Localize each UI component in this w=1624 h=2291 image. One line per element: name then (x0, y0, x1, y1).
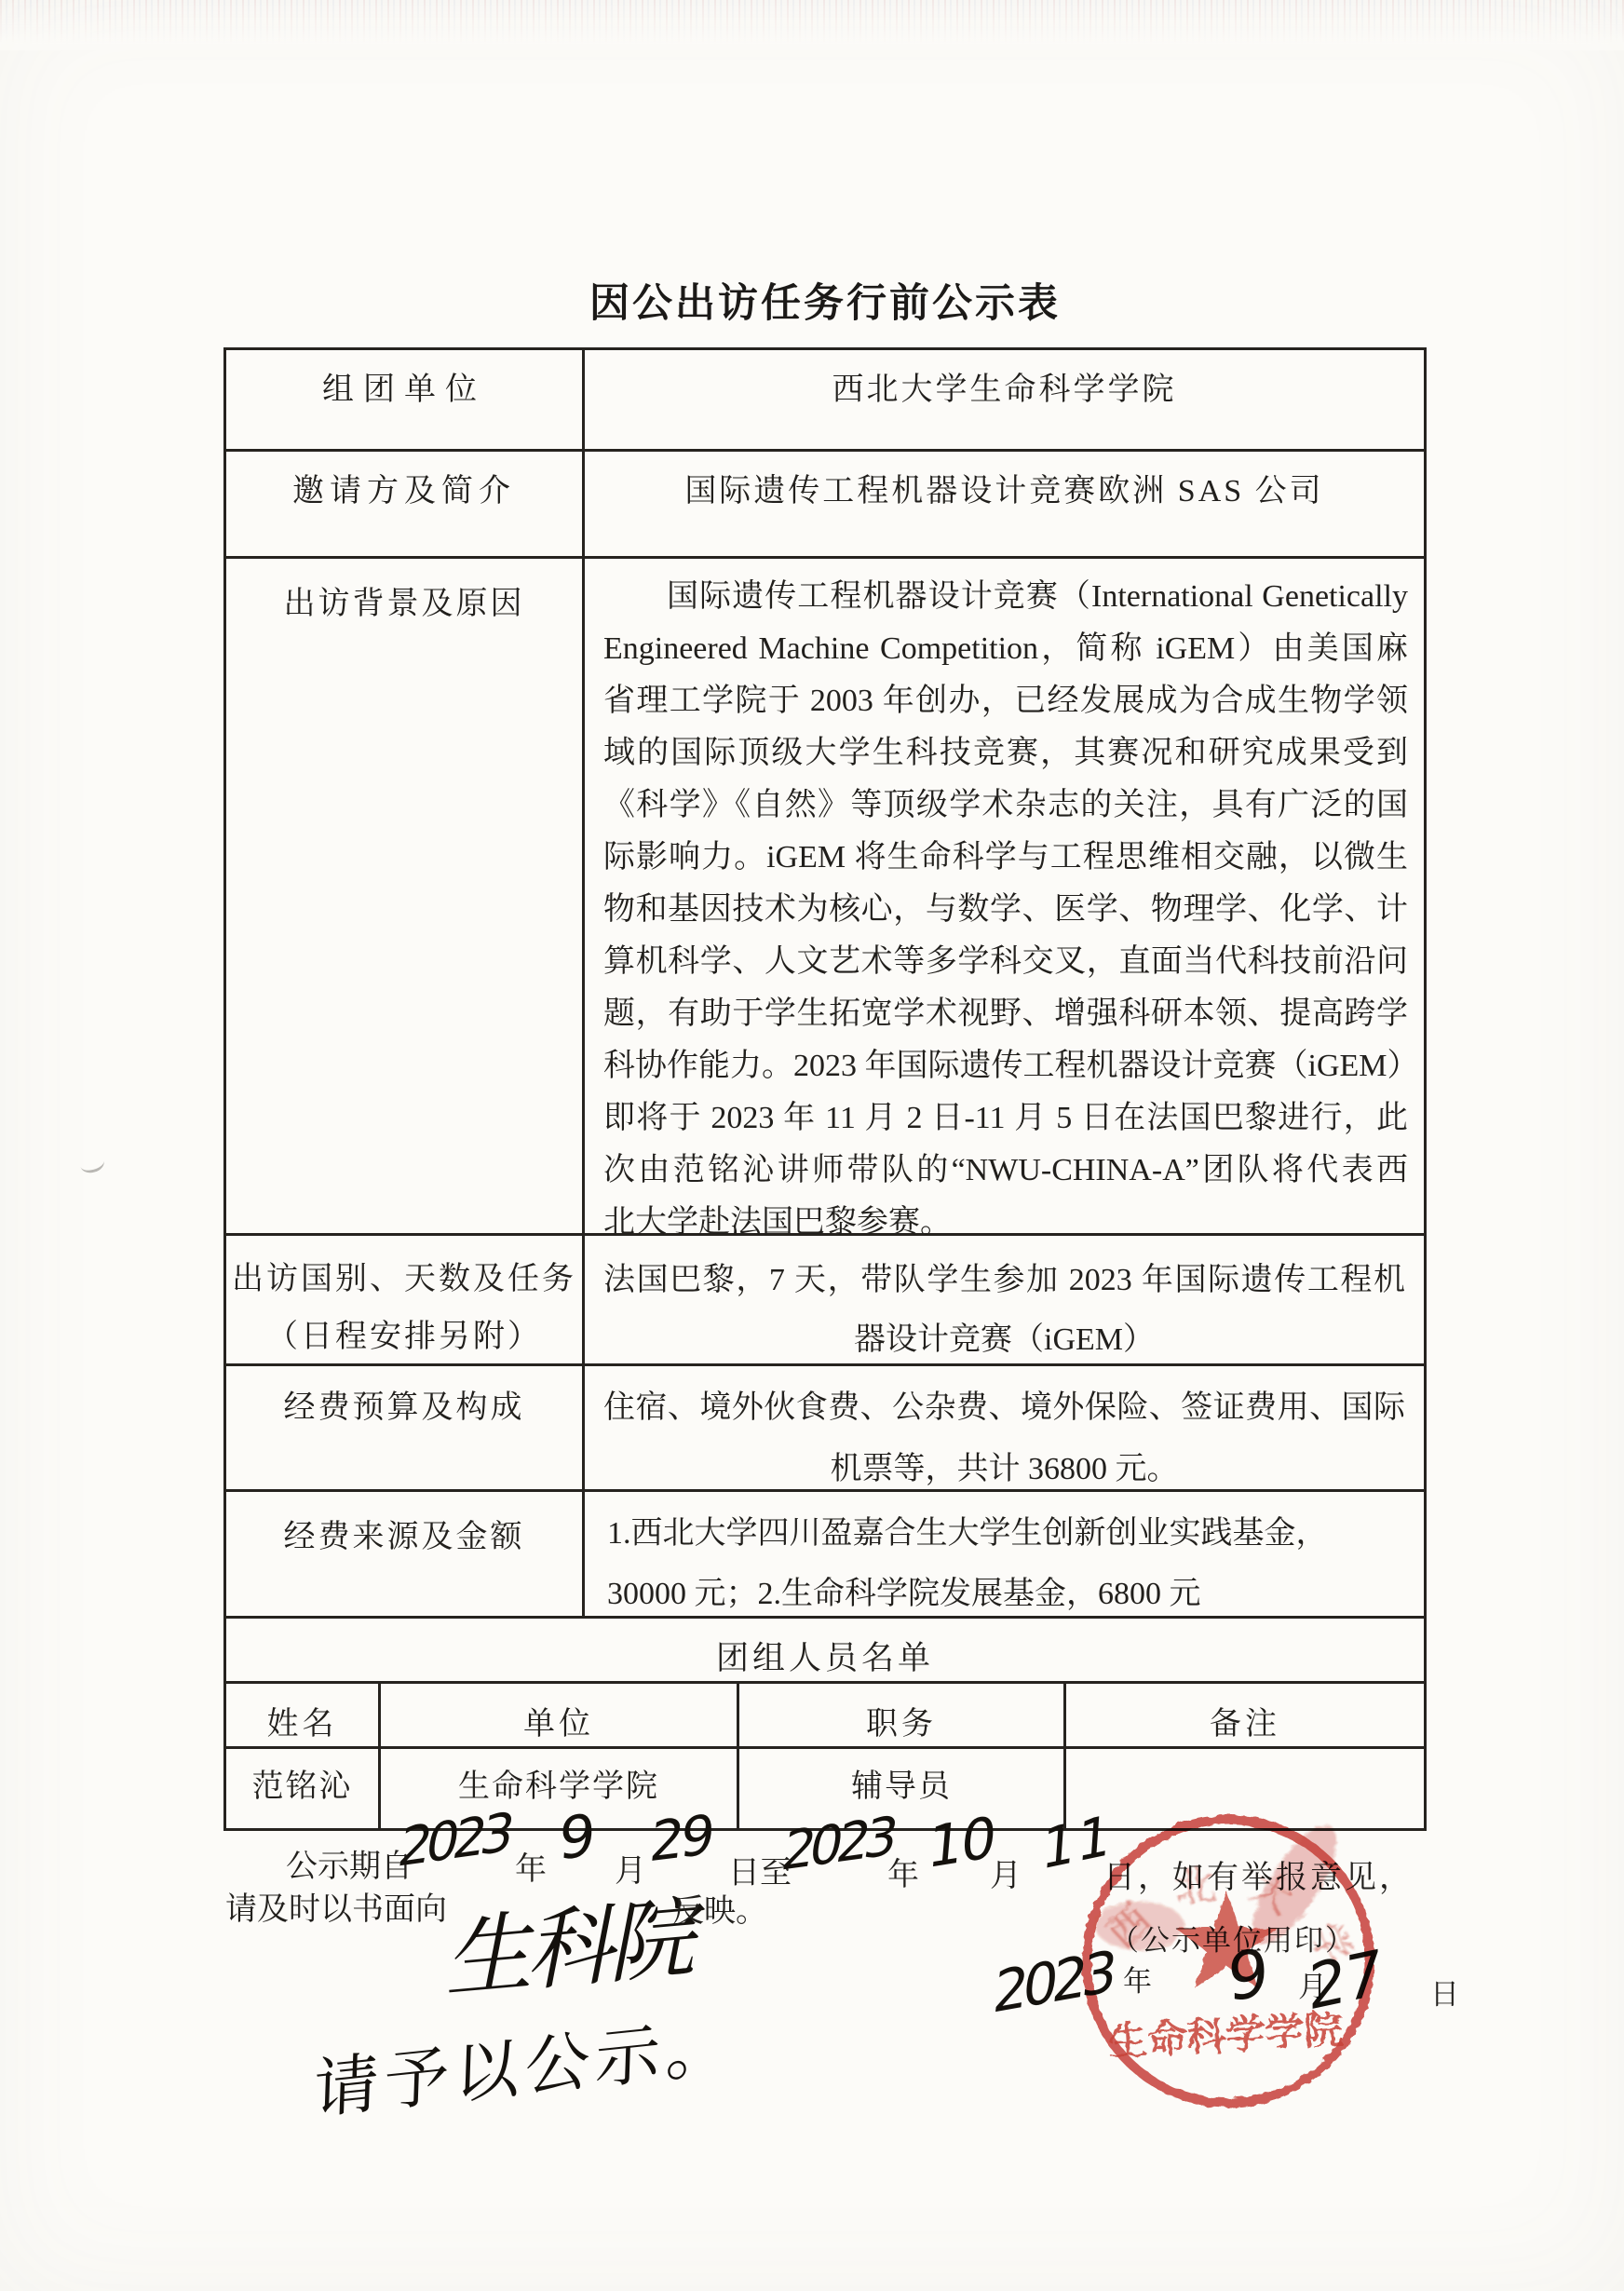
handwritten-recipient: 生科院 (440, 1865, 710, 2015)
row-label-funding: 经费来源及金额 (226, 1492, 585, 1616)
personnel-section-title: 团组人员名单 (226, 1619, 1424, 1681)
margin-mark (78, 1152, 106, 1175)
month-label-2: 月 (990, 1850, 1022, 1895)
handwritten-seal-month: 9 (1227, 1933, 1268, 2016)
value-line: 器设计竞赛（iGEM） (603, 1310, 1405, 1370)
paragraph-line: 算机科学、人文艺术等多学科交叉，直面当代科技前沿问 (603, 936, 1408, 988)
col-header-note: 备注 (1066, 1684, 1424, 1746)
paragraph-line: 际影响力。iGEM 将生命科学与工程思维相交融，以微生 (603, 832, 1408, 884)
row-label-background: 出访背景及原因 (226, 559, 585, 1233)
row-value-funding: 1.西北大学四川盈嘉合生大学生创新创业实践基金， 30000 元；2.生命科学院… (585, 1492, 1424, 1616)
table-row: 经费预算及构成 住宿、境外伙食费、公杂费、境外保险、签证费用、国际 机票等，共计… (226, 1366, 1424, 1492)
paragraph-line: 《科学》《自然》等顶级学术杂志的关注，具有广泛的国 (603, 779, 1408, 832)
handwritten-seal-day: 27 (1308, 1936, 1381, 2025)
table-row: 出访背景及原因 国际遗传工程机器设计竞赛（International Genet… (226, 559, 1424, 1236)
row-label-budget: 经费预算及构成 (226, 1366, 585, 1489)
row-value-inviter: 国际遗传工程机器设计竞赛欧洲 SAS 公司 (585, 452, 1424, 556)
report-to-suffix: 反映。 (672, 1885, 767, 1931)
paragraph-line: 域的国际顶级大学生科技竞赛，其赛况和研究成果受到 (603, 727, 1408, 779)
page-title: 因公出访任务行前公示表 (223, 272, 1427, 329)
paragraph-line: 次由范铭沁讲师带队的“NWU-CHINA-A”团队将代表西 (603, 1145, 1408, 1197)
row-value-background: 国际遗传工程机器设计竞赛（International Genetically E… (585, 559, 1424, 1233)
table-row: 邀请方及简介 国际遗传工程机器设计竞赛欧洲 SAS 公司 (226, 452, 1424, 559)
table-row: 组团单位 西北大学生命科学学院 (226, 350, 1424, 452)
seal-year-label: 年 (1123, 1958, 1152, 2000)
value-line: 法国巴黎，7 天，带队学生参加 2023 年国际遗传工程机 (603, 1251, 1405, 1310)
paragraph-line: 题，有助于学生拓宽学术视野、增强科研本领、提高跨学 (603, 988, 1408, 1040)
paragraph-line: 国际遗传工程机器设计竞赛（International Genetically (603, 571, 1408, 623)
personnel-header-row: 姓名 单位 职务 备注 (226, 1684, 1424, 1749)
col-header-name: 姓名 (226, 1684, 381, 1746)
handwritten-month-2: 10 (925, 1804, 997, 1881)
notice-table: 组团单位 西北大学生命科学学院 邀请方及简介 国际遗传工程机器设计竞赛欧洲 SA… (223, 347, 1427, 1831)
seal-day-label: 日 (1430, 1971, 1459, 2013)
year-label-2: 年 (887, 1849, 919, 1894)
paragraph-line: Engineered Machine Competition，简称 iGEM）由… (603, 623, 1408, 675)
col-header-duty: 职务 (739, 1684, 1066, 1746)
handwritten-month-1: 9 (557, 1800, 598, 1873)
handwritten-day-1: 29 (647, 1802, 715, 1874)
row-value-destination: 法国巴黎，7 天，带队学生参加 2023 年国际遗传工程机 器设计竞赛（iGEM… (585, 1236, 1424, 1363)
value-line: 住宿、境外伙食费、公杂费、境外保险、签证费用、国际 (603, 1377, 1405, 1439)
row-label-group-unit: 组团单位 (226, 350, 585, 449)
table-row: 经费来源及金额 1.西北大学四川盈嘉合生大学生创新创业实践基金， 30000 元… (226, 1492, 1424, 1619)
scan-noise-band (0, 0, 1624, 50)
row-value-group-unit: 西北大学生命科学学院 (585, 350, 1424, 449)
document-page: 因公出访任务行前公示表 组团单位 西北大学生命科学学院 邀请方及简介 国际遗传工… (0, 0, 1624, 2291)
label-line: （日程安排另附） (226, 1308, 582, 1366)
handwritten-approval-note: 请予以公示。 (312, 1993, 738, 2133)
label-line: 出访国别、天数及任务 (226, 1251, 582, 1308)
col-header-unit: 单位 (381, 1684, 739, 1746)
paragraph-line: 即将于 2023 年 11 月 2 日-11 月 5 日在法国巴黎进行，此 (603, 1092, 1408, 1145)
person-name: 范铭沁 (226, 1749, 381, 1828)
row-value-budget: 住宿、境外伙食费、公杂费、境外保险、签证费用、国际 机票等，共计 36800 元… (585, 1366, 1424, 1489)
value-line: 1.西北大学四川盈嘉合生大学生创新创业实践基金， (603, 1503, 1405, 1564)
section-header-row: 团组人员名单 (226, 1619, 1424, 1684)
paragraph-line: 省理工学院于 2003 年创办，已经发展成为合成生物学领 (603, 675, 1408, 727)
row-label-inviter: 邀请方及简介 (226, 452, 585, 556)
paragraph-line: 科协作能力。2023 年国际遗传工程机器设计竞赛（iGEM） (603, 1040, 1408, 1092)
person-duty: 辅导员 (739, 1749, 1066, 1828)
table-row: 出访国别、天数及任务 （日程安排另附） 法国巴黎，7 天，带队学生参加 2023… (226, 1236, 1424, 1366)
report-to-prefix: 请及时以书面向 (225, 1883, 447, 1929)
row-label-destination: 出访国别、天数及任务 （日程安排另附） (226, 1236, 585, 1363)
value-line: 30000 元；2.生命科学院发展基金，6800 元 (603, 1564, 1405, 1624)
paragraph-line: 物和基因技术为核心，与数学、医学、物理学、化学、计 (603, 884, 1408, 936)
